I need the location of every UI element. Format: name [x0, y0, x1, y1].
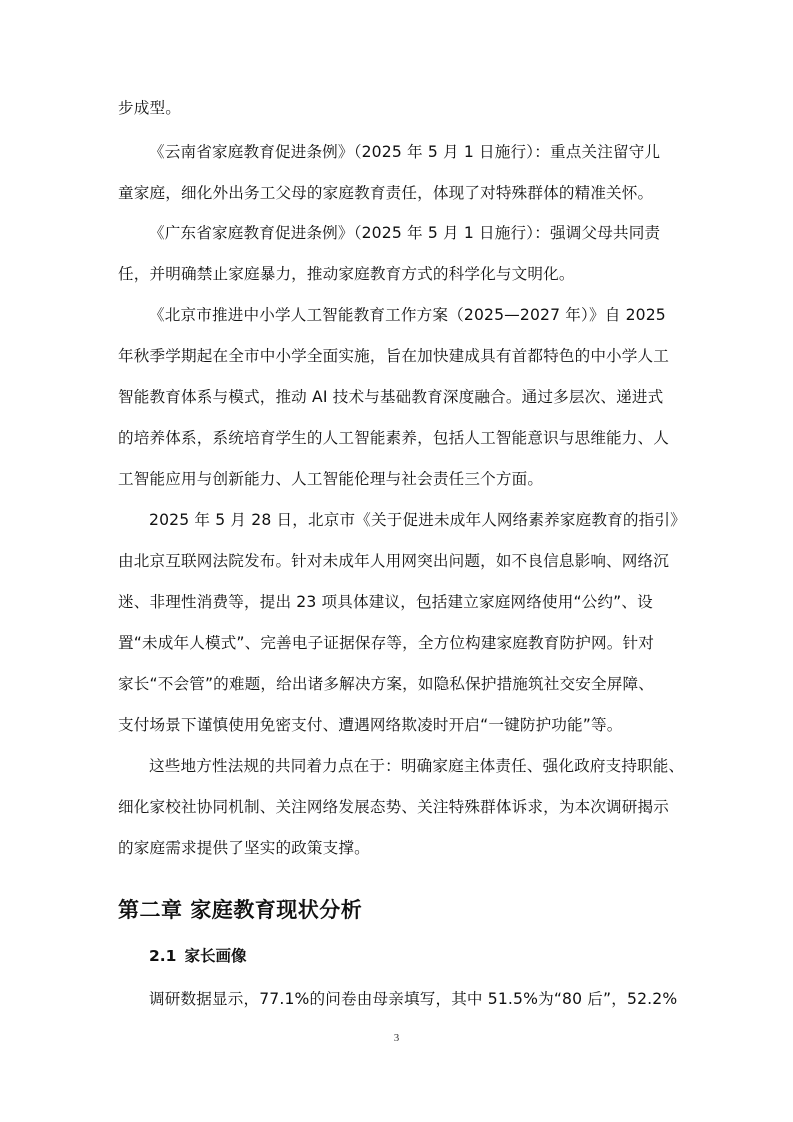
- page-number: 3: [0, 1032, 793, 1044]
- paragraph-line: 童家庭，细化外出务工父母的家庭教育责任，体现了对特殊群体的精准关怀。: [118, 182, 674, 204]
- paragraph-line: 工智能应用与创新能力、人工智能伦理与社会责任三个方面。: [118, 468, 674, 490]
- paragraph-line: 由北京互联网法院发布。针对未成年人用网突出问题，如不良信息影响、网络沉: [118, 550, 674, 572]
- paragraph-line: 2025 年 5 月 28 日，北京市《关于促进未成年人网络素养家庭教育的指引》: [149, 509, 674, 531]
- paragraph-line: 任，并明确禁止家庭暴力，推动家庭教育方式的科学化与文明化。: [118, 263, 674, 285]
- paragraph-line: 细化家校社协同机制、关注网络发展态势、关注特殊群体诉求，为本次调研揭示: [118, 796, 674, 818]
- paragraph-line: 年秋季学期起在全市中小学全面实施，旨在加快建成具有首都特色的中小学人工: [118, 345, 674, 367]
- paragraph-line: 家长“不会管”的难题，给出诸多解决方案，如隐私保护措施筑社交安全屏障、: [118, 673, 674, 695]
- document-page: 步成型。 《云南省家庭教育促进条例》（2025 年 5 月 1 日施行）：重点关…: [0, 0, 793, 1122]
- paragraph-line: 调研数据显示，77.1%的问卷由母亲填写，其中 51.5%为“80 后”，52.…: [149, 988, 674, 1010]
- paragraph-line: 支付场景下谨慎使用免密支付、遭遇网络欺凌时开启“一键防护功能”等。: [118, 714, 674, 736]
- paragraph-line: 置“未成年人模式”、完善电子证据保存等，全方位构建家庭教育防护网。针对: [118, 632, 674, 654]
- section-title: 家长画像: [184, 947, 246, 965]
- paragraph-line: 《广东省家庭教育促进条例》（2025 年 5 月 1 日施行）：强调父母共同责: [149, 222, 674, 244]
- paragraph-line: 的家庭需求提供了坚实的政策支撑。: [118, 837, 674, 859]
- paragraph-line: 智能教育体系与模式，推动 AI 技术与基础教育深度融合。通过多层次、递进式: [118, 386, 674, 408]
- paragraph-line: 这些地方性法规的共同着力点在于：明确家庭主体责任、强化政府支持职能、: [149, 755, 674, 777]
- chapter-heading: 第二章 家庭教育现状分析: [118, 895, 362, 925]
- paragraph-line: 《北京市推进中小学人工智能教育工作方案（2025—2027 年）》自 2025: [149, 304, 674, 326]
- paragraph-line: 迷、非理性消费等，提出 23 项具体建议，包括建立家庭网络使用“公约”、设: [118, 591, 674, 613]
- section-number: 2.1: [149, 947, 176, 965]
- paragraph-line: 步成型。: [118, 97, 674, 119]
- section-heading: 2.1家长画像: [149, 945, 246, 967]
- paragraph-line: 《云南省家庭教育促进条例》（2025 年 5 月 1 日施行）：重点关注留守儿: [149, 141, 674, 163]
- paragraph-line: 的培养体系，系统培育学生的人工智能素养，包括人工智能意识与思维能力、人: [118, 427, 674, 449]
